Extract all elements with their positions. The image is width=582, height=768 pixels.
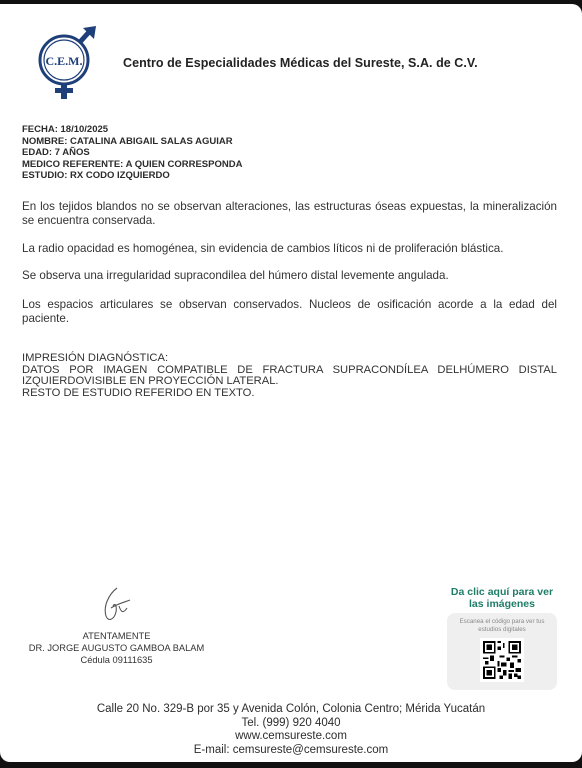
footer-phone: Tel. (999) 920 4040 [0,717,582,731]
finding-paragraph: La radio opacidad es homogénea, sin evid… [22,242,557,256]
doctor-license: Cédula 09111635 [14,654,219,666]
patient-name: NOMBRE: CATALINA ABIGAIL SALAS AGUIAR [22,136,242,148]
doctor-name: DR. JORGE AUGUSTO GAMBOA BALAM [14,642,219,654]
qr-box[interactable]: Escanea el código para ver tus estudios … [447,613,557,690]
qr-code-icon[interactable] [480,638,524,682]
view-images-link[interactable]: Da clic aquí para ver las imágenes [447,586,557,610]
organization-name: Centro de Especialidades Médicas del Sur… [123,56,478,70]
impression-line: IZQUIERDOVISIBLE EN PROYECCIÓN LATERAL. [22,376,557,388]
impression-line: RESTO DE ESTUDIO REFERIDO EN TEXTO. [22,388,557,400]
footer-email[interactable]: E-mail: cemsureste@cemsureste.com [0,744,582,758]
report-page: C.E.M. Centro de Especialidades Médicas … [0,4,582,762]
footer-address: Calle 20 No. 329-B por 35 y Avenida Coló… [0,703,582,717]
qr-card[interactable]: Da clic aquí para ver las imágenes Escan… [447,586,557,690]
finding-paragraph: Se observa una irregularidad supracondil… [22,269,557,283]
study-type: ESTUDIO: RX CODO IZQUIERDO [22,170,242,182]
closing-text: ATENTAMENTE [14,630,219,642]
finding-paragraph: En los tejidos blandos no se observan al… [22,200,557,228]
report-date: FECHA: 18/10/2025 [22,124,242,136]
qr-hint: Escanea el código para ver tus estudios … [451,618,553,634]
footer-website[interactable]: www.cemsureste.com [0,730,582,744]
svg-text:C.E.M.: C.E.M. [46,54,83,68]
signature-icon [97,584,137,626]
cem-logo-icon: C.E.M. [36,24,100,100]
impression-title: IMPRESIÓN DIAGNÓSTICA: [22,353,557,365]
finding-paragraph: Los espacios articulares se observan con… [22,298,557,326]
patient-age: EDAD: 7 AÑOS [22,147,242,159]
referring-doctor: MEDICO REFERENTE: A QUIEN CORRESPONDA [22,159,242,171]
patient-info: FECHA: 18/10/2025 NOMBRE: CATALINA ABIGA… [22,124,242,182]
footer-contact: Calle 20 No. 329-B por 35 y Avenida Coló… [0,703,582,757]
diagnostic-impression: IMPRESIÓN DIAGNÓSTICA: DATOS POR IMAGEN … [22,353,557,399]
signature-block: ATENTAMENTE DR. JORGE AUGUSTO GAMBOA BAL… [14,584,219,666]
